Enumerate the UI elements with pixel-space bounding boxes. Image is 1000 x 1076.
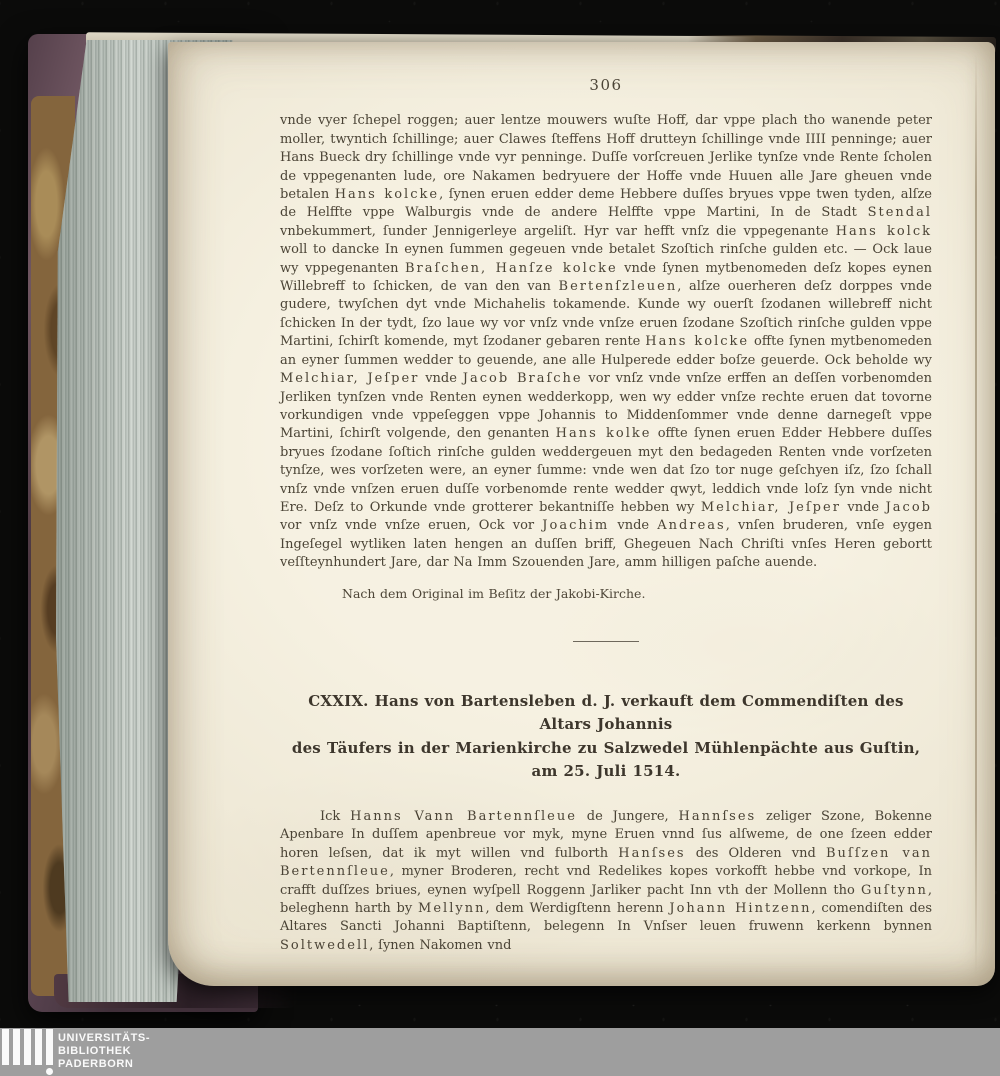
letterspaced-name: Melchiar, Jeſper (280, 371, 419, 386)
letterspaced-name: Johann Hintzenn (669, 901, 811, 916)
letterspaced-name: Braſchen, Hanſze kolcke (405, 261, 618, 276)
letterspaced-name: Hans kolke (556, 426, 652, 441)
letterspaced-name: Bertenſzleuen (559, 279, 678, 294)
library-name: UNIVERSITÄTS- BIBLIOTHEK PADERBORN (58, 1032, 150, 1071)
heading-line-2: des Täufers in der Marienkirche zu Salzw… (280, 737, 932, 761)
text-run: vnbekummert, ſunder Jennigerleye argeliſ… (280, 224, 836, 239)
text-run: vnde (609, 518, 657, 533)
text-run: de Jungere, (577, 809, 679, 824)
library-name-line-3: PADERBORN (58, 1058, 150, 1071)
text-run: vnde (419, 371, 462, 386)
letterspaced-name: Stendal (868, 205, 932, 220)
letterspaced-name: Soltwedell (280, 938, 369, 953)
library-name-line-2: BIBLIOTHEK (58, 1045, 150, 1058)
heading-line-1: CXXIX. Hans von Bartensleben d. J. verka… (280, 690, 932, 737)
letterspaced-name: Hanns Vann Bartennſleue (350, 809, 577, 824)
text-run: vnde (841, 500, 886, 515)
letterspaced-name: Hannſses (679, 809, 757, 824)
source-note: Nach dem Original im Beſitz der Jakobi-K… (280, 585, 932, 603)
scanned-book-page-photo: 306 vnde vyer ſchepel roggen; auer lentz… (0, 0, 1000, 1076)
letterspaced-name: Joachim (542, 518, 609, 533)
letterspaced-name: Mellynn (418, 901, 485, 916)
letterspaced-name: Jacob (886, 500, 932, 515)
letterspaced-name: Jacob Braſche (463, 371, 583, 386)
text-run: Ick (320, 809, 350, 824)
page-gutter-crease (975, 54, 977, 976)
text-run: , ſynen Nakomen vnd (369, 938, 511, 953)
printed-text-column: 306 vnde vyer ſchepel roggen; auer lentz… (280, 42, 932, 955)
book-page: 306 vnde vyer ſchepel roggen; auer lentz… (168, 42, 995, 986)
text-run: , dem Werdigſtenn herenn (485, 901, 669, 916)
letterspaced-name: Melchiar, Jeſper (701, 500, 841, 515)
letterspaced-name: Hans kolck (836, 224, 932, 239)
document-paragraph-2: Ick Hanns Vann Bartennſleue de Jungere, … (280, 808, 932, 955)
letterspaced-name: Andreas (657, 518, 725, 533)
library-logo-icon (2, 1029, 56, 1076)
letterspaced-name: Hans kolcke (335, 187, 439, 202)
logo-exclamation-dot-icon (46, 1068, 53, 1075)
library-watermark-bar: UNIVERSITÄTS- BIBLIOTHEK PADERBORN (0, 1028, 1000, 1076)
document-heading: CXXIX. Hans von Bartensleben d. J. verka… (280, 690, 932, 784)
library-name-line-1: UNIVERSITÄTS- (58, 1032, 150, 1045)
text-run: vor vnſz vnde vnſze eruen, Ock vor (280, 518, 542, 533)
letterspaced-name: Guſtynn (861, 883, 928, 898)
page-number: 306 (280, 42, 932, 94)
text-run: des Olderen vnd (686, 846, 826, 861)
letterspaced-name: Hanſses (618, 846, 685, 861)
letterspaced-name: Hans kolcke (645, 334, 749, 349)
document-paragraph-1: vnde vyer ſchepel roggen; auer lentze mo… (280, 112, 932, 572)
logo-bars-icon (2, 1029, 56, 1065)
section-divider-rule (573, 641, 639, 642)
heading-line-3: am 25. Juli 1514. (280, 760, 932, 784)
